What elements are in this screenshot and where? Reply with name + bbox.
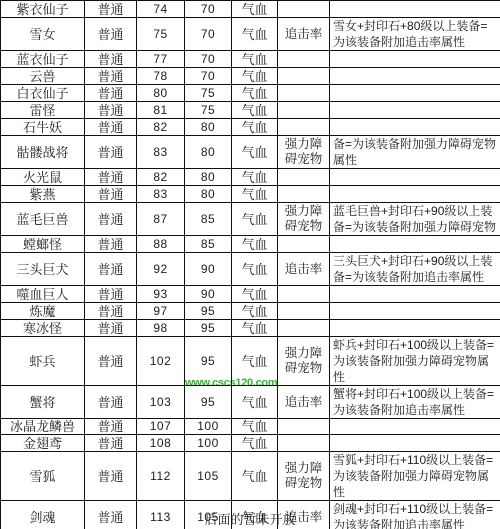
note-cell	[330, 236, 500, 253]
creature-name-cell: 螳螂怪	[1, 236, 85, 253]
table-row: 火光鼠普通8280气血	[1, 169, 500, 186]
creature-name-cell: 寒冰怪	[1, 320, 85, 337]
table-row: 紫衣仙子普通7470气血	[1, 1, 500, 18]
table-row: 三头巨犬普通9290气血追击率三头巨犬+封印石+90级以上装备=为该装备附加追击…	[1, 253, 500, 286]
attribute-cell: 气血	[232, 236, 278, 253]
value1-cell: 88	[137, 236, 185, 253]
creature-name-cell: 火光鼠	[1, 169, 85, 186]
value1-cell: 77	[137, 51, 185, 68]
attribute-cell: 气血	[232, 337, 278, 386]
value1-cell: 82	[137, 119, 185, 136]
value1-cell: 108	[137, 435, 185, 452]
value2-cell: 70	[185, 68, 232, 85]
value1-cell: 83	[137, 136, 185, 169]
table-row: 蓝毛巨兽普通8785气血强力障碍宠物蓝毛巨兽+封印石+90级以上装备=为该装备附…	[1, 203, 500, 236]
value1-cell: 98	[137, 320, 185, 337]
bonus-type-cell	[278, 236, 330, 253]
attribute-cell: 气血	[232, 51, 278, 68]
value2-cell: 95	[185, 337, 232, 386]
grade-cell: 普通	[85, 303, 137, 320]
grade-cell: 普通	[85, 68, 137, 85]
value1-cell: 87	[137, 203, 185, 236]
bonus-type-cell	[278, 68, 330, 85]
value2-cell: 95	[185, 320, 232, 337]
note-cell: 虾兵+封印石+100级以上装备=为该装备附加强力障碍宠物属性	[330, 337, 500, 386]
attribute-cell: 气血	[232, 85, 278, 102]
attribute-cell: 气血	[232, 1, 278, 18]
table-row: 白衣仙子普通8075气血	[1, 85, 500, 102]
bonus-type-cell	[278, 102, 330, 119]
value2-cell: 100	[185, 435, 232, 452]
grade-cell: 普通	[85, 386, 137, 419]
creature-name-cell: 雪狐	[1, 452, 85, 501]
attribute-cell: 气血	[232, 119, 278, 136]
note-cell: 雪狐+封印石+110级以上装备=为该装备附加强力障碍宠物属性	[330, 452, 500, 501]
table-row: 炼魔普通9795气血	[1, 303, 500, 320]
footer-note: 后面的暂未开放	[0, 509, 500, 528]
value1-cell: 82	[137, 169, 185, 186]
grade-cell: 普通	[85, 337, 137, 386]
table-row: 冰晶龙鳞兽普通107100气血	[1, 419, 500, 435]
note-cell	[330, 286, 500, 303]
creature-name-cell: 金翅鸢	[1, 435, 85, 452]
attribute-cell: 气血	[232, 435, 278, 452]
creature-name-cell: 雪女	[1, 18, 85, 51]
table-row: 蟹将普通10395气血追击率蟹将+封印石+100级以上装备=为该装备附加追击率属…	[1, 386, 500, 419]
attribute-cell: 气血	[232, 18, 278, 51]
creature-name-cell: 云兽	[1, 68, 85, 85]
attribute-cell: 气血	[232, 203, 278, 236]
grade-cell: 普通	[85, 119, 137, 136]
note-cell	[330, 186, 500, 203]
value2-cell: 70	[185, 18, 232, 51]
value2-cell: 70	[185, 51, 232, 68]
grade-cell: 普通	[85, 286, 137, 303]
table-row: 虾兵普通10295气血强力障碍宠物虾兵+封印石+100级以上装备=为该装备附加强…	[1, 337, 500, 386]
creature-name-cell: 蓝衣仙子	[1, 51, 85, 68]
value2-cell: 105	[185, 452, 232, 501]
grade-cell: 普通	[85, 136, 137, 169]
note-cell: 蟹将+封印石+100级以上装备=为该装备附加追击率属性	[330, 386, 500, 419]
value2-cell: 75	[185, 85, 232, 102]
creature-name-cell: 石牛妖	[1, 119, 85, 136]
bonus-type-cell: 追击率	[278, 253, 330, 286]
table-row: 云兽普通7870气血	[1, 68, 500, 85]
bonus-type-cell: 追击率	[278, 386, 330, 419]
grade-cell: 普通	[85, 1, 137, 18]
attribute-cell: 气血	[232, 136, 278, 169]
value2-cell: 80	[185, 119, 232, 136]
bonus-type-cell: 追击率	[278, 18, 330, 51]
creature-name-cell: 骷髅战将	[1, 136, 85, 169]
table-row: 雪女普通7570气血追击率雪女+封印石+80级以上装备=为该装备附加追击率属性	[1, 18, 500, 51]
value2-cell: 95	[185, 386, 232, 419]
bonus-type-cell	[278, 85, 330, 102]
table-row: 噬血巨人普通9390气血	[1, 286, 500, 303]
attribute-cell: 气血	[232, 102, 278, 119]
note-cell	[330, 68, 500, 85]
creature-name-cell: 三头巨犬	[1, 253, 85, 286]
table-row: 金翅鸢普通108100气血	[1, 435, 500, 452]
grade-cell: 普通	[85, 85, 137, 102]
note-cell: 蓝毛巨兽+封印石+90级以上装备=为该装备附加强力障碍宠物	[330, 203, 500, 236]
note-cell	[330, 1, 500, 18]
creature-name-cell: 紫衣仙子	[1, 1, 85, 18]
value2-cell: 75	[185, 102, 232, 119]
value1-cell: 92	[137, 253, 185, 286]
value1-cell: 78	[137, 68, 185, 85]
grade-cell: 普通	[85, 320, 137, 337]
note-cell	[330, 102, 500, 119]
value1-cell: 102	[137, 337, 185, 386]
grade-cell: 普通	[85, 203, 137, 236]
value2-cell: 95	[185, 303, 232, 320]
table-row: 螳螂怪普通8885气血	[1, 236, 500, 253]
bonus-type-cell	[278, 119, 330, 136]
value2-cell: 80	[185, 186, 232, 203]
creature-name-cell: 虾兵	[1, 337, 85, 386]
value1-cell: 80	[137, 85, 185, 102]
creature-name-cell: 紫燕	[1, 186, 85, 203]
attribute-cell: 气血	[232, 169, 278, 186]
note-cell: 雪女+封印石+80级以上装备=为该装备附加追击率属性	[330, 18, 500, 51]
creature-name-cell: 冰晶龙鳞兽	[1, 419, 85, 435]
attribute-cell: 气血	[232, 452, 278, 501]
note-cell: 三头巨犬+封印石+90级以上装备=为该装备附加追击率属性	[330, 253, 500, 286]
note-cell	[330, 419, 500, 435]
table-row: 雪狐普通112105气血强力障碍宠物雪狐+封印石+110级以上装备=为该装备附加…	[1, 452, 500, 501]
value2-cell: 80	[185, 169, 232, 186]
grade-cell: 普通	[85, 236, 137, 253]
bonus-type-cell: 强力障碍宠物	[278, 136, 330, 169]
grade-cell: 普通	[85, 18, 137, 51]
grade-cell: 普通	[85, 253, 137, 286]
bonus-type-cell: 强力障碍宠物	[278, 452, 330, 501]
bonus-type-cell	[278, 320, 330, 337]
note-cell	[330, 85, 500, 102]
value2-cell: 80	[185, 136, 232, 169]
value1-cell: 75	[137, 18, 185, 51]
bonus-type-cell	[278, 286, 330, 303]
value1-cell: 74	[137, 1, 185, 18]
table-row: 寒冰怪普通9895气血	[1, 320, 500, 337]
note-cell	[330, 119, 500, 136]
note-cell	[330, 51, 500, 68]
bonus-type-cell	[278, 1, 330, 18]
value1-cell: 81	[137, 102, 185, 119]
value2-cell: 85	[185, 203, 232, 236]
attribute-cell: 气血	[232, 303, 278, 320]
bonus-type-cell	[278, 419, 330, 435]
bonus-type-cell	[278, 169, 330, 186]
bonus-type-cell: 强力障碍宠物	[278, 203, 330, 236]
note-cell	[330, 169, 500, 186]
grade-cell: 普通	[85, 102, 137, 119]
attribute-cell: 气血	[232, 186, 278, 203]
value1-cell: 103	[137, 386, 185, 419]
value2-cell: 100	[185, 419, 232, 435]
bonus-type-cell	[278, 51, 330, 68]
bonus-type-cell	[278, 435, 330, 452]
value1-cell: 97	[137, 303, 185, 320]
creature-name-cell: 蓝毛巨兽	[1, 203, 85, 236]
value1-cell: 112	[137, 452, 185, 501]
value1-cell: 107	[137, 419, 185, 435]
bonus-type-cell	[278, 186, 330, 203]
note-cell	[330, 320, 500, 337]
creature-name-cell: 雷怪	[1, 102, 85, 119]
table-row: 蓝衣仙子普通7770气血	[1, 51, 500, 68]
grade-cell: 普通	[85, 452, 137, 501]
creature-stats-table: 紫衣仙子普通7470气血雪女普通7570气血追击率雪女+封印石+80级以上装备=…	[0, 0, 500, 529]
table-row: 骷髅战将普通8380气血强力障碍宠物备=为该装备附加强力障碍宠物属性	[1, 136, 500, 169]
bonus-type-cell: 强力障碍宠物	[278, 337, 330, 386]
note-cell	[330, 435, 500, 452]
table-row: 石牛妖普通8280气血	[1, 119, 500, 136]
attribute-cell: 气血	[232, 286, 278, 303]
grade-cell: 普通	[85, 419, 137, 435]
creature-name-cell: 蟹将	[1, 386, 85, 419]
attribute-cell: 气血	[232, 419, 278, 435]
table-row: 紫燕普通8380气血	[1, 186, 500, 203]
table-row: 雷怪普通8175气血	[1, 102, 500, 119]
table-body: 紫衣仙子普通7470气血雪女普通7570气血追击率雪女+封印石+80级以上装备=…	[1, 1, 500, 529]
creature-name-cell: 炼魔	[1, 303, 85, 320]
creature-name-cell: 白衣仙子	[1, 85, 85, 102]
attribute-cell: 气血	[232, 386, 278, 419]
grade-cell: 普通	[85, 435, 137, 452]
note-cell: 备=为该装备附加强力障碍宠物属性	[330, 136, 500, 169]
bonus-type-cell	[278, 303, 330, 320]
value2-cell: 90	[185, 286, 232, 303]
value2-cell: 70	[185, 1, 232, 18]
value2-cell: 90	[185, 253, 232, 286]
value1-cell: 83	[137, 186, 185, 203]
grade-cell: 普通	[85, 51, 137, 68]
value1-cell: 93	[137, 286, 185, 303]
attribute-cell: 气血	[232, 320, 278, 337]
attribute-cell: 气血	[232, 68, 278, 85]
grade-cell: 普通	[85, 169, 137, 186]
value2-cell: 85	[185, 236, 232, 253]
grade-cell: 普通	[85, 186, 137, 203]
creature-name-cell: 噬血巨人	[1, 286, 85, 303]
note-cell	[330, 303, 500, 320]
attribute-cell: 气血	[232, 253, 278, 286]
